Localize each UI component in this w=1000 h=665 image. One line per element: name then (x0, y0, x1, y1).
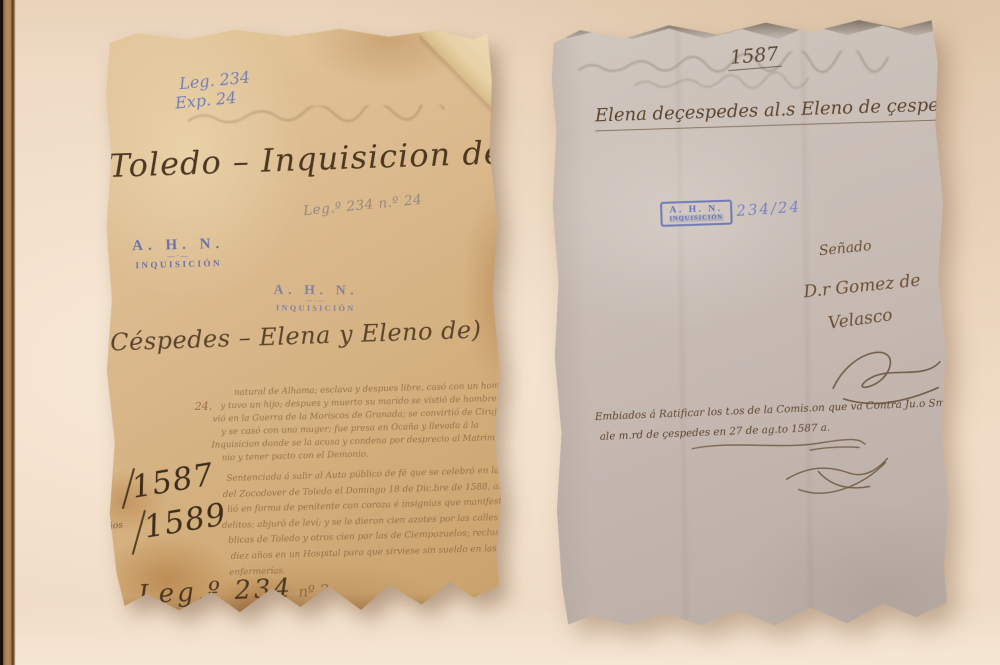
right-document: 1587 Elena deçespedes al.s Eleno de çesp… (544, 11, 957, 649)
torn-edge-shading (102, 592, 506, 622)
stamp-reference-number: 234/24 (736, 198, 802, 220)
rubric-flourish (778, 444, 899, 508)
biography-paragraph: natural de Alhama; esclava y despues lib… (220, 379, 523, 465)
archive-stamp-ahn-top: A. H. N. —·— INQUISICIÓN (132, 236, 225, 270)
right-document-page: 1587 Elena deçespedes al.s Eleno de çesp… (544, 11, 957, 649)
margin-number: 24. (195, 400, 213, 413)
note-surname: Velasco (827, 305, 894, 334)
frame-edge (0, 0, 16, 665)
years-prefix: años (101, 520, 123, 532)
pencil-reference-blue: Leg. 234 Exp. 24 (178, 67, 252, 112)
year-end: 1589 (141, 496, 229, 545)
ink-bleedthrough (184, 105, 454, 129)
archive-stamp-ahn-boxed: A. H. N. INQUISICIÓN (660, 200, 732, 227)
year-start: 1587 (129, 457, 217, 506)
document-title: Elena deçespedes al.s Eleno de çespedes (595, 94, 971, 132)
sentence-paragraph: Sentenciada á salir al Auto público de f… (226, 463, 543, 581)
left-document: Leg. 234 Exp. 24 Toledo – Inquisicion de… (97, 20, 506, 622)
pencil-reference-gray: Leg.º 234 n.º 24 (303, 192, 423, 219)
case-years: años 1587 1589 (101, 459, 232, 580)
document-title: Toledo – Inquisicion de) (108, 133, 518, 185)
note-senado: Señado (818, 238, 872, 259)
note-doctor-name: D.r Gomez de (803, 271, 922, 303)
docket-year: 1587 (726, 43, 782, 71)
framed-archive-display: Leg. 234 Exp. 24 Toledo – Inquisicion de… (0, 0, 1000, 665)
archive-stamp-ahn-bottom: A. H. N. —·— INQUISICIÓN (273, 283, 358, 313)
left-document-page: Leg. 234 Exp. 24 Toledo – Inquisicion de… (97, 20, 506, 622)
document-subtitle: Céspedes – Elena y Eleno de) (110, 316, 482, 357)
footer-legajo: Leg.º 234 (138, 573, 294, 610)
torn-top-edge (544, 11, 948, 47)
